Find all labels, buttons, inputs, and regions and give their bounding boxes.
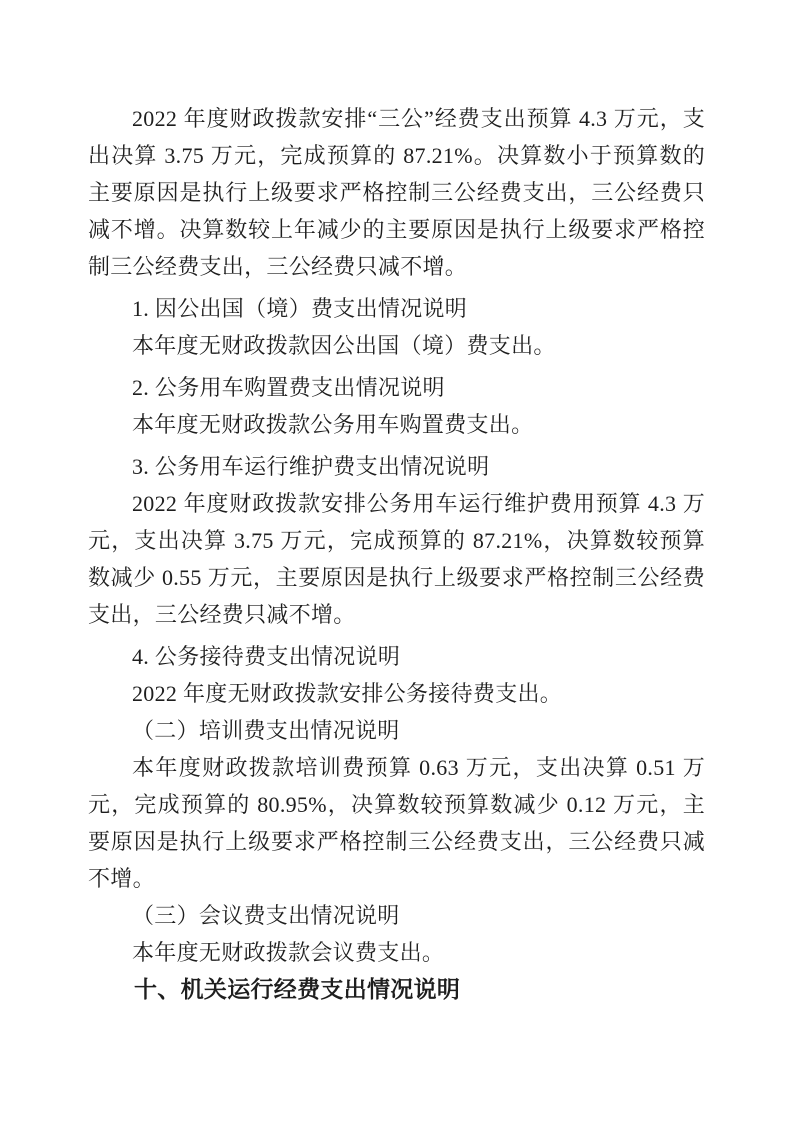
document-page: 2022 年度财政拨款安排“三公”经费支出预算 4.3 万元，支出决算 3.75… [0, 0, 793, 1122]
heading-item1-abroad-expense: 1. 因公出国（境）费支出情况说明 [88, 290, 705, 327]
paragraph-section3-meeting-expense: 本年度无财政拨款会议费支出。 [88, 934, 705, 971]
paragraph-item1-abroad-expense: 本年度无财政拨款因公出国（境）费支出。 [88, 327, 705, 364]
heading-section2-training-expense: （二）培训费支出情况说明 [88, 712, 705, 749]
paragraph-item4-official-reception: 2022 年度无财政拨款安排公务接待费支出。 [88, 675, 705, 712]
document-body: 2022 年度财政拨款安排“三公”经费支出预算 4.3 万元，支出决算 3.75… [88, 0, 705, 1008]
paragraph-item3-vehicle-maintenance: 2022 年度财政拨款安排公务用车运行维护费用预算 4.3 万元，支出决算 3.… [88, 485, 705, 633]
paragraph-section2-training-expense: 本年度财政拨款培训费预算 0.63 万元，支出决算 0.51 万元，完成预算的 … [88, 749, 705, 897]
paragraph-sangong-budget-summary: 2022 年度财政拨款安排“三公”经费支出预算 4.3 万元，支出决算 3.75… [88, 100, 705, 285]
paragraph-item2-vehicle-purchase: 本年度无财政拨款公务用车购置费支出。 [88, 406, 705, 443]
heading-section3-meeting-expense: （三）会议费支出情况说明 [88, 897, 705, 934]
heading-section10-agency-operating-expense: 十、机关运行经费支出情况说明 [88, 971, 705, 1008]
heading-item4-official-reception: 4. 公务接待费支出情况说明 [88, 638, 705, 675]
heading-item2-vehicle-purchase: 2. 公务用车购置费支出情况说明 [88, 369, 705, 406]
heading-item3-vehicle-maintenance: 3. 公务用车运行维护费支出情况说明 [88, 448, 705, 485]
